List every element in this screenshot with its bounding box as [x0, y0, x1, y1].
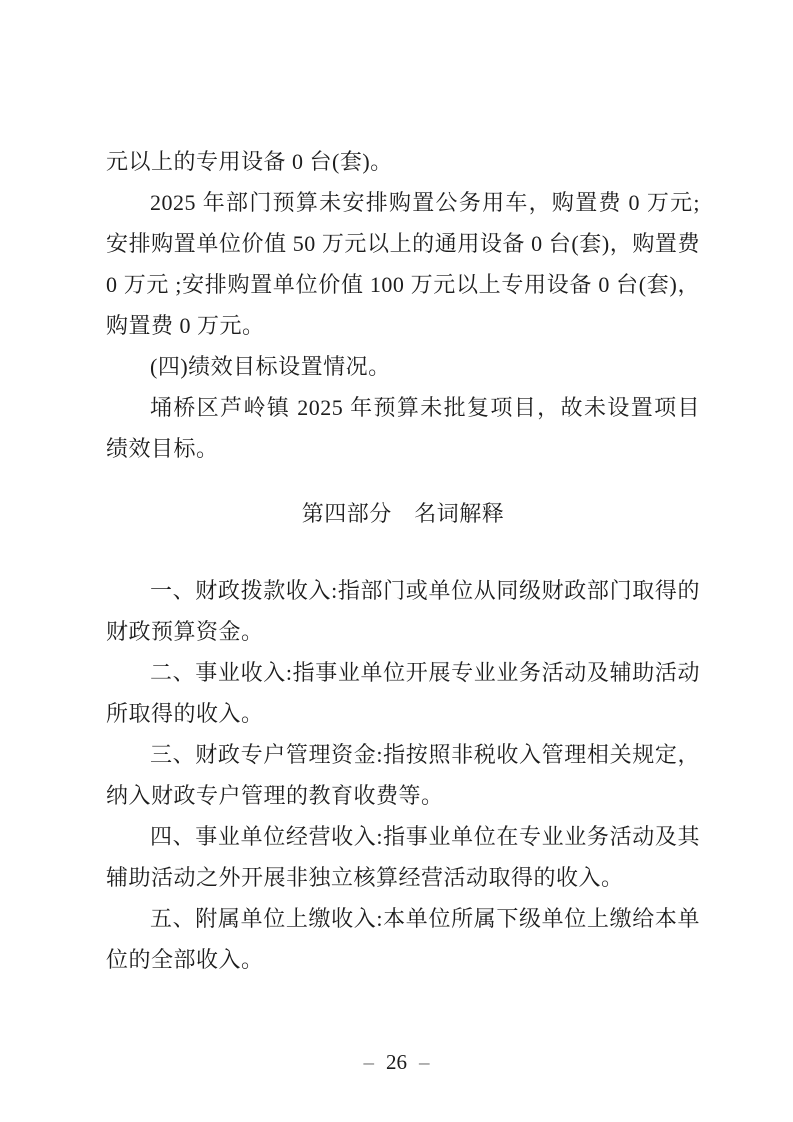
paragraph-performance-goal-body: 埇桥区芦岭镇 2025 年预算未批复项目，故未设置项目绩效目标。 [106, 387, 700, 469]
definition-item-5: 五、附属单位上缴收入:本单位所属下级单位上缴给本单位的全部收入。 [106, 898, 700, 980]
definition-item-1: 一、财政拨款收入:指部门或单位从同级财政部门取得的财政预算资金。 [106, 570, 700, 652]
footer-dash-right: – [419, 1050, 430, 1074]
definition-item-2: 二、事业收入:指事业单位开展专业业务活动及辅助活动所取得的收入。 [106, 652, 700, 734]
document-content: 元以上的专用设备 0 台(套)。 2025 年部门预算未安排购置公务用车，购置费… [106, 141, 700, 980]
definition-item-3: 三、财政专户管理资金:指按照非税收入管理相关规定，纳入财政专户管理的教育收费等。 [106, 734, 700, 816]
footer-dash-left: – [364, 1050, 375, 1074]
page-footer: –26– [0, 1050, 793, 1074]
page-number: 26 [386, 1050, 407, 1074]
section-heading-part-four: 第四部分 名词解释 [106, 493, 700, 534]
paragraph-special-equipment: 元以上的专用设备 0 台(套)。 [106, 141, 700, 182]
definition-item-4: 四、事业单位经营收入:指事业单位在专业业务活动及其辅助活动之外开展非独立核算经营… [106, 816, 700, 898]
paragraph-2025-budget-vehicles: 2025 年部门预算未安排购置公务用车，购置费 0 万元;安排购置单位价值 50… [106, 182, 700, 346]
paragraph-performance-goal-title: (四)绩效目标设置情况。 [106, 346, 700, 387]
document-page: 元以上的专用设备 0 台(套)。 2025 年部门预算未安排购置公务用车，购置费… [0, 0, 793, 1122]
